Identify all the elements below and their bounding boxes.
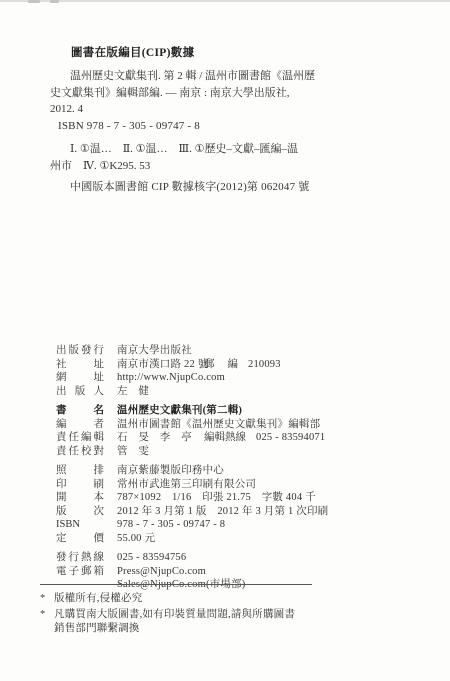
cip-header: 圖書在版編目(CIP)數據: [71, 44, 194, 60]
row-value: 025 - 83594756: [117, 552, 186, 563]
website-url: http://www.NjupCo.com: [117, 372, 225, 383]
row-label: 網址: [56, 371, 104, 385]
managing-editor-row: 責任編輯石 旻 李 亭 編輯熱線025 - 83594071: [56, 431, 356, 445]
row-value: 温州市圖書館《温州歷史文獻集刊》編輯部: [117, 419, 320, 430]
row-value: 管 雯: [117, 446, 149, 457]
row-label: 印刷: [56, 478, 104, 492]
cip-classification-line: 州市 Ⅳ. ①K295. 53: [50, 158, 298, 175]
row-label: 書名: [56, 404, 104, 418]
edition-row: 版次2012 年 3 月第 1 版 2012 年 3 月第 1 次印刷: [56, 505, 356, 519]
cip-classification: Ⅰ. ①温… Ⅱ. ①温… Ⅲ. ①歷史–文獻–匯編–温 州市 Ⅳ. ①K295…: [50, 141, 298, 174]
address-row: 社址南京市漢口路 22 號 郵編210093: [56, 358, 356, 372]
row-label: 編者: [56, 418, 104, 432]
hotline-label: 編輯熱線: [204, 431, 246, 445]
notice-text: 凡購買南大版圖書,如有印裝質量問題,請與所購圖書銷售部門聯繫調換: [54, 608, 304, 637]
cip-description-line: 史文獻集刊》編輯部編. — 南京 : 南京大學出版社,: [50, 85, 315, 102]
hotline-value: 025 - 83594071: [256, 432, 325, 443]
scan-edge-artifact: [0, 0, 450, 2]
email-row: 電子郵箱Press@NjupCo.com: [56, 565, 356, 579]
divider-line: [40, 584, 312, 585]
row-value: 南京紫藤製版印務中心: [117, 465, 224, 476]
row-label: 責任校對: [56, 445, 104, 459]
row-label: 責任編輯: [56, 431, 104, 445]
email-primary: Press@NjupCo.com: [117, 566, 206, 577]
row-label: 電子郵箱: [56, 565, 104, 579]
colophon: 出版發行南京大學出版社 社址南京市漢口路 22 號 郵編210093 網址htt…: [56, 344, 356, 598]
asterisk-bullet: *: [40, 592, 54, 607]
copyright-notice: * 版權所有,侵權必究: [40, 592, 304, 607]
row-label: 出版發行: [56, 344, 104, 358]
editor-hotline-group: 編輯熱線025 - 83594071: [204, 431, 325, 445]
book-block: 書名温州歷史文獻集刊(第二輯) 編者温州市圖書館《温州歷史文獻集刊》編輯部 責任…: [56, 404, 356, 458]
cip-description: 温州歷史文獻集刊. 第 2 輯 / 温州市圖書館《温州歷 史文獻集刊》編輯部編.…: [50, 68, 315, 118]
notices: * 版權所有,侵權必究 * 凡購買南大版圖書,如有印裝質量問題,請與所購圖書銷售…: [40, 592, 304, 638]
row-label: 出版人: [56, 385, 104, 399]
price-value: 55.00 元: [117, 533, 155, 544]
cip-record-number: 中國版本圖書館 CIP 數據核字(2012)第 062047 號: [70, 178, 309, 194]
postcode-label: 郵編: [204, 358, 238, 372]
cip-classification-line: Ⅰ. ①温… Ⅱ. ①温… Ⅲ. ①歷史–文獻–匯編–温: [50, 141, 298, 158]
printing-row: 印刷常州市武進第三印刷有限公司: [56, 478, 356, 492]
isbn-value: 978 - 7 - 305 - 09747 - 8: [117, 519, 225, 530]
row-value: 787×1092 1/16 印張 21.75 字數 404 千: [117, 492, 316, 503]
row-value: 2012 年 3 月第 1 版 2012 年 3 月第 1 次印刷: [117, 506, 328, 517]
publisher-row: 出版發行南京大學出版社: [56, 344, 356, 358]
row-label: 定價: [56, 532, 104, 546]
typesetting-row: 照排南京紫藤製版印務中心: [56, 464, 356, 478]
scan-smudge: [28, 0, 40, 3]
book-title: 温州歷史文獻集刊(第二輯): [117, 405, 242, 416]
cip-isbn: ISBN 978 - 7 - 305 - 09747 - 8: [58, 120, 200, 132]
postcode-value: 210093: [248, 359, 281, 370]
exchange-notice: * 凡購買南大版圖書,如有印裝質量問題,請與所購圖書銷售部門聯繫調換: [40, 608, 304, 637]
website-row: 網址http://www.NjupCo.com: [56, 371, 356, 385]
cip-description-line: 温州歷史文獻集刊. 第 2 輯 / 温州市圖書館《温州歷: [50, 68, 315, 85]
row-value: 常州市武進第三印刷有限公司: [117, 479, 256, 490]
proofreader-row: 責任校對管 雯: [56, 445, 356, 459]
notice-text: 版權所有,侵權必究: [54, 592, 304, 607]
publisher-person-row: 出版人左 健: [56, 385, 356, 399]
hotline-row: 發行熱線025 - 83594756: [56, 551, 356, 565]
row-value: 左 健: [117, 386, 149, 397]
postcode-group: 郵編210093: [204, 358, 281, 372]
row-value: 南京大學出版社: [117, 345, 192, 356]
asterisk-bullet: *: [40, 608, 54, 637]
editor-row: 編者温州市圖書館《温州歷史文獻集刊》編輯部: [56, 418, 356, 432]
format-row: 開本787×1092 1/16 印張 21.75 字數 404 千: [56, 491, 356, 505]
row-label: [56, 578, 104, 579]
print-block: 照排南京紫藤製版印務中心 印刷常州市武進第三印刷有限公司 開本787×1092 …: [56, 464, 356, 545]
row-value: 石 旻 李 亭: [117, 432, 192, 443]
price-row: 定價55.00 元: [56, 532, 356, 546]
cip-description-line: 2012. 4: [50, 101, 315, 118]
isbn-row: ISBN978 - 7 - 305 - 09747 - 8: [56, 518, 356, 532]
row-label: 發行熱線: [56, 551, 104, 565]
publisher-block: 出版發行南京大學出版社 社址南京市漢口路 22 號 郵編210093 網址htt…: [56, 344, 356, 398]
book-title-row: 書名温州歷史文獻集刊(第二輯): [56, 404, 356, 418]
scan-smudge: [50, 0, 59, 3]
contact-block: 發行熱線025 - 83594756 電子郵箱Press@NjupCo.com …: [56, 551, 356, 592]
row-label: ISBN: [56, 518, 104, 532]
row-label: 社址: [56, 358, 104, 372]
row-value: 南京市漢口路 22 號: [117, 359, 208, 370]
row-label: 照排: [56, 464, 104, 478]
row-label: 開本: [56, 491, 104, 505]
row-label: 版次: [56, 505, 104, 519]
